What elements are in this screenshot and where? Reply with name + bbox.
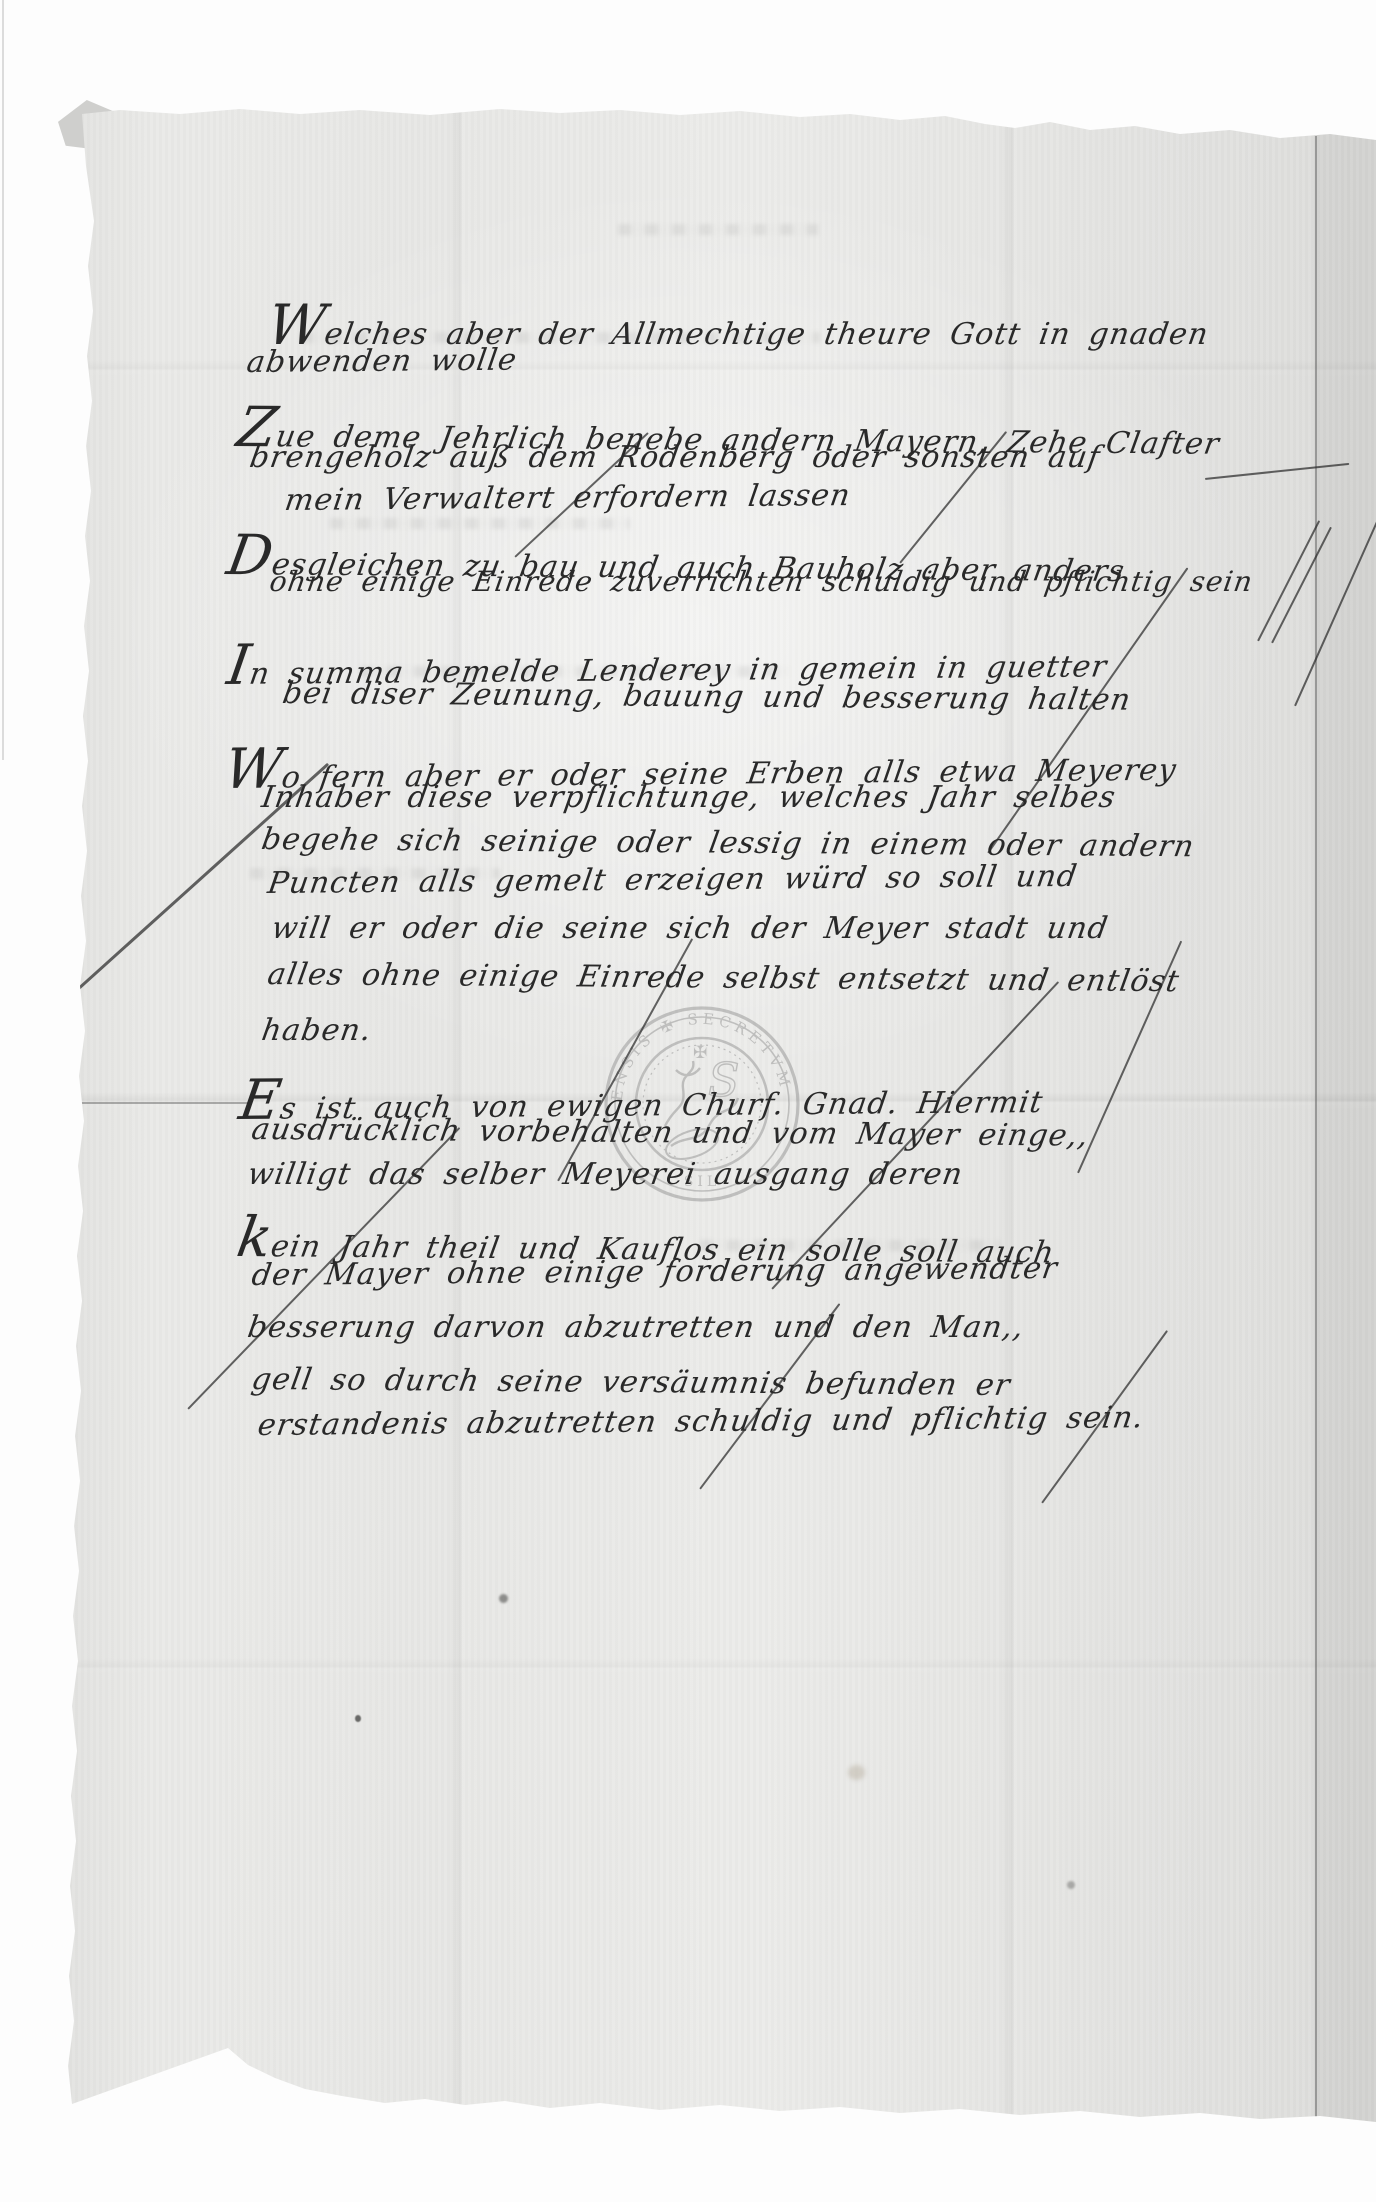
- manuscript-line: gell so durch seine versäumnis befunden …: [249, 1362, 1013, 1403]
- right-fold-shading: [1314, 134, 1376, 2124]
- paper-stain: [355, 1715, 361, 1722]
- manuscript-line: Inhaber diese verpflichtunge, welches Ja…: [259, 780, 1118, 815]
- manuscript-line: besserung darvon abzutretten und den Man…: [245, 1310, 1027, 1345]
- scanned-document: ENSIS ✠ SECRETVM SIL S ✠ Welches aber de…: [0, 0, 1376, 2202]
- manuscript-line: mein Verwaltert erfordern lassen: [282, 478, 853, 518]
- fold-crease-mark: [70, 1102, 248, 1104]
- manuscript-line: ausdrücklich vorbehalten und vom Mayer e…: [249, 1112, 1092, 1154]
- horizontal-crease: [60, 1658, 1376, 1676]
- manuscript-paper: ENSIS ✠ SECRETVM SIL S ✠ Welches aber de…: [60, 106, 1376, 2124]
- manuscript-line: bei diser Zeunung, bauung und besserung …: [280, 676, 1134, 718]
- seal-cross-icon: ✠: [693, 1043, 707, 1063]
- manuscript-line: abwenden wolle: [244, 343, 519, 380]
- paper-stain: [848, 1765, 865, 1780]
- paper-stain: [1067, 1881, 1075, 1889]
- scanner-edge-artifact: [2, 0, 4, 760]
- ink-bleed-smudge: [618, 224, 818, 235]
- manuscript-line: begehe sich seinige oder lessig in einem…: [259, 822, 1197, 864]
- manuscript-line: Puncten alls gemelt erzeigen würd so sol…: [265, 859, 1080, 901]
- right-fold-line: [1315, 136, 1317, 2120]
- pen-flourish-stroke: [1257, 520, 1320, 641]
- manuscript-line: alles ohne einige Einrede selbst entsetz…: [265, 957, 1182, 999]
- paper-stain: [499, 1594, 508, 1603]
- manuscript-line: ohne einige Einrede zuverrichten schuldi…: [267, 565, 1255, 598]
- manuscript-line: der Mayer ohne einige forderung angewend…: [249, 1251, 1060, 1293]
- manuscript-line: haben.: [259, 1013, 374, 1048]
- manuscript-line: willigt das selber Meyerei ausgang deren: [245, 1157, 966, 1192]
